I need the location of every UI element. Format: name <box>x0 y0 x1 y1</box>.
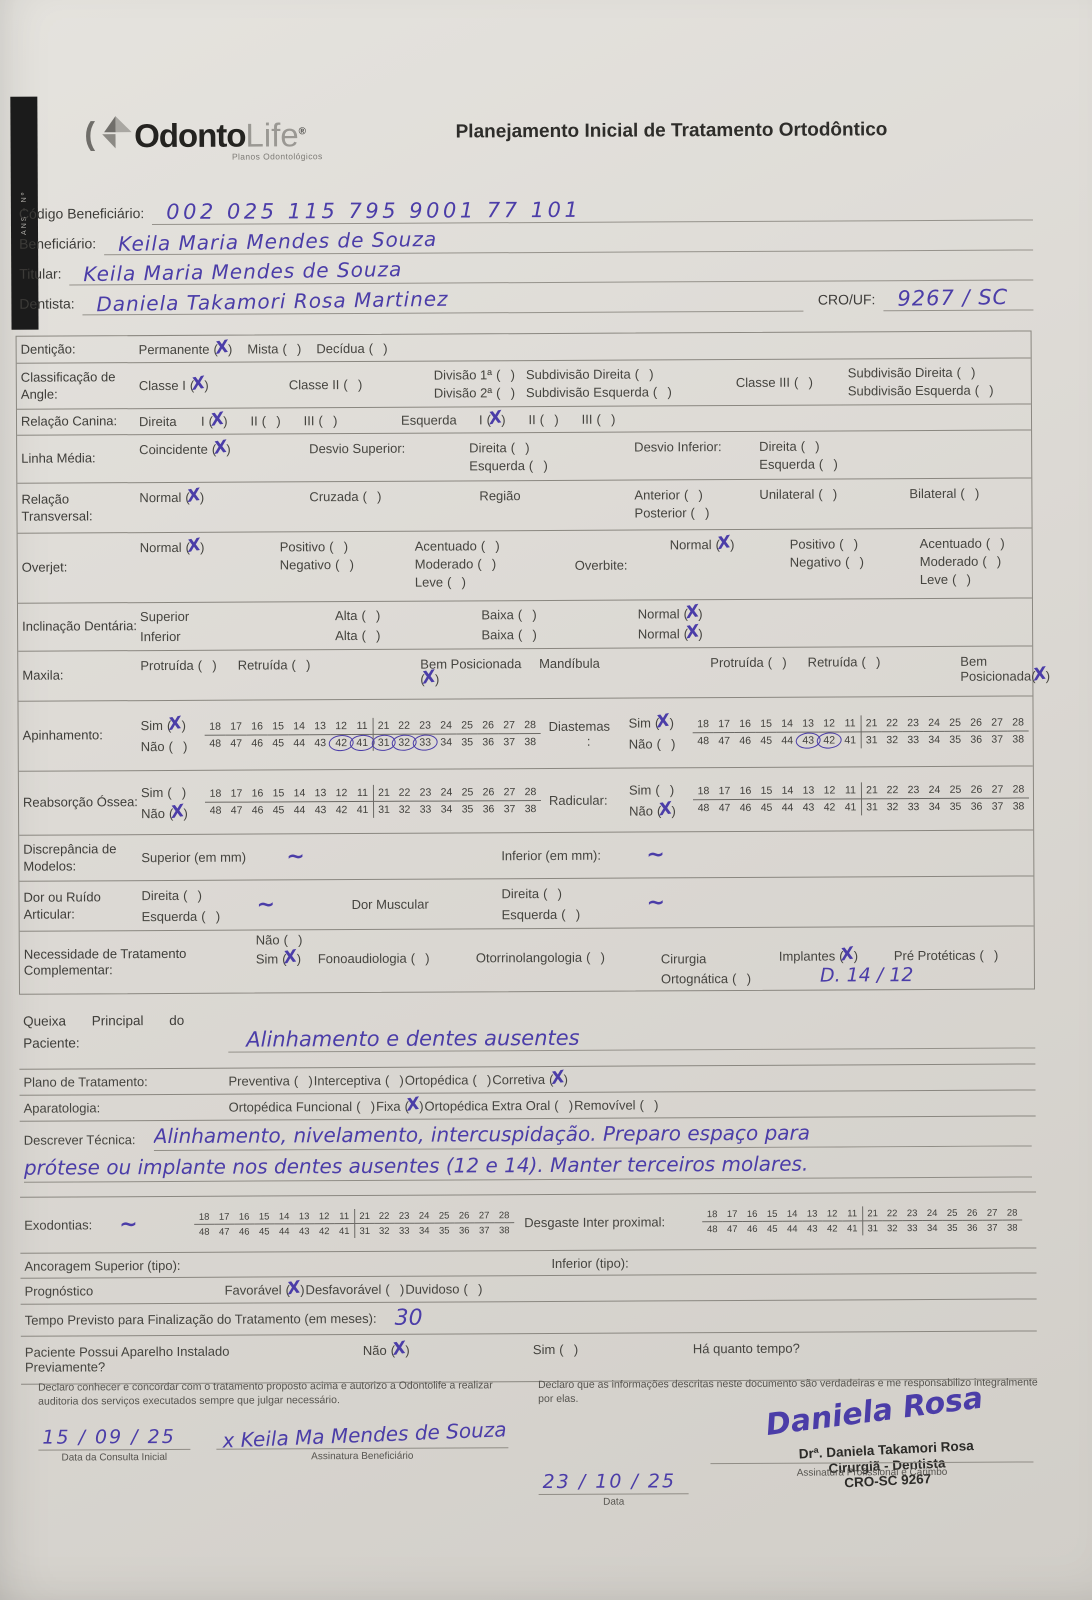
checkbox-mark: ( ) <box>167 784 187 799</box>
necessidade-fono: Fonoaudiologia( ) <box>318 950 476 966</box>
tooth-number: 12 <box>822 1206 842 1221</box>
data-label: Data <box>539 1497 689 1509</box>
tooth-number: 38 <box>520 734 541 750</box>
tooth-number: 16 <box>234 1210 254 1225</box>
tooth-number: 32 <box>374 1224 394 1238</box>
tooth-number: 22 <box>394 785 415 802</box>
tooth-number: 31 <box>354 1224 374 1238</box>
desvio-superior-label: Desvio Superior: <box>309 435 469 456</box>
checkbox-mark: ( ) <box>329 539 349 554</box>
option-label: Baixa <box>481 627 514 642</box>
checkbox-option: Sim( ) <box>141 784 187 799</box>
checkbox-option: Corretiva( ) <box>492 1072 569 1087</box>
checkbox-mark: ( ) <box>819 456 839 471</box>
tooth-number: 44 <box>782 1222 802 1236</box>
row-maxila-mandibula: Maxila: Protruída( )Retruída( ) Bem Posi… <box>18 645 1032 700</box>
exam-table: Dentição: Permanente( )Mista( )Decídua( … <box>16 330 1035 994</box>
data-consulta-block: 15 / 09 / 25 Data da Consulta Inicial <box>38 1426 190 1464</box>
option-label: Direita <box>141 887 179 902</box>
tooth-number: 48 <box>702 1222 722 1236</box>
checkbox-option: Moderado( ) <box>415 556 498 571</box>
option-label: Acentuado <box>415 538 477 553</box>
checkbox-mark: ( ) <box>262 413 282 428</box>
checkbox-option: Sim( ) <box>629 715 675 730</box>
tooth-number: 33 <box>415 802 436 818</box>
tooth-number: 21 <box>373 785 394 802</box>
plan-table: Plano de Tratamento: Preventiva( )Interc… <box>19 1063 1037 1384</box>
cro-line: 9267 / SC <box>883 283 1033 311</box>
tooth-number: 45 <box>268 735 289 751</box>
queixa-line: Alinhamento e dentes ausentes <box>228 1009 1035 1053</box>
regiao-opts: Anterior( )Posterior( ) <box>634 487 759 521</box>
tooth-number: 48 <box>205 736 226 752</box>
checkbox-option: Negativo( ) <box>280 557 355 572</box>
scanned-form: ANS - Nº ( OdontoLife® Planos Odontológi… <box>0 0 1092 1600</box>
option-label: Desfavorável <box>305 1282 381 1297</box>
angle-classe1: Classe I( ) <box>139 377 289 393</box>
tooth-number: 34 <box>924 732 945 748</box>
tooth-number: 17 <box>714 783 735 800</box>
logo-pinwheel-icon <box>96 112 134 152</box>
checkbox-mark: ( ) <box>201 908 221 923</box>
checkbox-mark: ( ) <box>363 489 383 504</box>
checkbox-mark: ( ) <box>198 658 218 673</box>
tooth-number: 15 <box>268 718 289 735</box>
checkbox-option: Direita( ) <box>469 440 531 455</box>
option-label: Esquerda <box>142 908 198 923</box>
footer: Declaro conhecer e concordar com o trata… <box>38 1375 1047 1511</box>
tooth-number: 12 <box>819 715 840 732</box>
tooth-number: 26 <box>454 1208 474 1223</box>
tooth-number: 37 <box>474 1223 494 1237</box>
tooth-number: 18 <box>205 719 226 736</box>
tooth-number: 35 <box>945 799 966 815</box>
option-label: Normal <box>140 540 182 555</box>
checkbox-option: Normal( ) <box>139 490 205 505</box>
reabsorcao-label: Reabsorção Óssea: <box>23 794 141 811</box>
titular-value: Keila Maria Mendes de Souza <box>83 257 402 286</box>
checkbox-mark: ( ) <box>657 803 677 818</box>
tooth-number: 36 <box>966 732 987 748</box>
tooth-number: 17 <box>722 1207 742 1222</box>
discrepancia-superior-value: ~ <box>286 851 501 862</box>
overjet-grau: Acentuado( )Moderado( )Leve( ) <box>415 538 575 590</box>
tooth-number: 48 <box>693 800 714 816</box>
data-consulta-label: Data da Consulta Inicial <box>38 1452 190 1464</box>
inclinacao-superior-label: Superior <box>140 608 335 624</box>
option-label: Moderado <box>415 556 474 571</box>
checkbox-mark: ( ) <box>957 365 977 380</box>
checkbox-mark: ( ) <box>487 412 507 427</box>
row-dor-articular: Dor ou Ruído Articular: Direita( )Esquer… <box>19 875 1033 930</box>
checkbox-mark: ( ) <box>559 1342 579 1357</box>
option-label: Divisão 1ª <box>434 367 492 382</box>
checkbox-mark: ( ) <box>768 655 788 670</box>
tooth-number: 25 <box>942 1206 962 1221</box>
beneficiario-label: Beneficiário: <box>19 235 96 255</box>
checkbox-mark: ( ) <box>282 341 302 356</box>
assinatura-beneficiario-block: x Keila Ma Mendes de Souza Assinatura Be… <box>216 1423 508 1464</box>
aparatologia-label: Aparatologia: <box>24 1100 229 1116</box>
checkbox-mark: ( ) <box>540 412 560 427</box>
codigo-line: 002 025 115 795 9001 77 101 <box>152 193 1033 225</box>
maxila-opts: Protruída( )Retruída( ) <box>140 657 420 673</box>
checkbox-option: Subdivisão Esquerda( ) <box>848 383 995 399</box>
checkbox-mark: ( ) <box>635 366 655 381</box>
checkbox-mark: ( ) <box>657 736 677 751</box>
checkbox-mark: ( ) <box>362 628 382 643</box>
option-label: I <box>201 414 205 429</box>
checkbox-mark: ( ) <box>960 486 980 501</box>
tooth-number: 18 <box>205 786 226 803</box>
checkbox-option: Divisão 2ª( ) <box>434 385 516 400</box>
implantes-note: D. 14 / 12 <box>820 964 914 986</box>
option-label: Classe II <box>289 377 340 392</box>
checkbox-option: Baixa( ) <box>481 607 537 622</box>
tooth-number: 26 <box>966 782 987 799</box>
tooth-number: 28 <box>494 1208 514 1223</box>
option-label: III <box>582 412 593 427</box>
tooth-number: 18 <box>693 716 714 733</box>
checkbox-mark: ( ) <box>986 536 1006 551</box>
row-reabsorcao-radicular: Reabsorção Óssea: Sim( )Não( ) 181716151… <box>19 765 1033 834</box>
checkbox-option: Sim( ) <box>141 717 187 732</box>
overbite-normal: Normal( ) <box>670 537 790 553</box>
tooth-number: 22 <box>394 718 415 735</box>
option-label: Decídua <box>316 340 364 355</box>
checkbox-mark: ( ) <box>839 948 859 963</box>
checkbox-option: Subdivisão Esquerda( ) <box>526 384 673 400</box>
diastemas-label-cell: Diastemas : <box>549 718 629 748</box>
checkbox-option: Sim( ) <box>533 1342 579 1357</box>
radicular-sim-nao: Sim( )Não( ) <box>629 782 693 818</box>
option-label: Fonoaudiologia <box>318 951 407 966</box>
tooth-number: 17 <box>214 1210 234 1225</box>
tooth-number: 47 <box>226 736 247 752</box>
option-label: Mista <box>247 341 278 356</box>
row-apinhamento-diastemas: Apinhamento: Sim( )Não( ) 18171615141312… <box>18 695 1032 770</box>
tooth-number: 35 <box>457 734 478 750</box>
prognostico-label: Prognóstico <box>25 1283 225 1299</box>
checkbox-option: Alta( ) <box>335 628 381 643</box>
tooth-number: 26 <box>966 715 987 732</box>
titular-label: Titular: <box>19 266 61 286</box>
tooth-number: 36 <box>962 1221 982 1235</box>
option-label: Bilateral <box>909 486 956 501</box>
option-label: Sim <box>629 715 651 730</box>
data-value: 23 / 10 / 25 <box>543 1471 677 1494</box>
tooth-number: 26 <box>478 784 499 801</box>
aparelho-nao: Não( ) <box>363 1342 533 1358</box>
ancoragem-inferior-label: Inferior (tipo): <box>551 1255 628 1270</box>
tooth-number: 25 <box>434 1208 454 1223</box>
footer-right: Declaro que as informações descritas nes… <box>538 1375 1044 1508</box>
checkbox-mark: ( ) <box>411 951 431 966</box>
field-beneficiario: Beneficiário: Keila Maria Mendes de Souz… <box>19 223 1033 255</box>
option-label: Ortopédica <box>405 1072 469 1087</box>
checkbox-option: Não( ) <box>141 738 189 753</box>
tooth-number: 46 <box>735 800 756 816</box>
checkbox-mark: ( ) <box>212 442 232 457</box>
codigo-value: 002 025 115 795 9001 77 101 <box>166 198 581 224</box>
tooth-number: 24 <box>414 1209 434 1224</box>
maxila-bem-mark: ( ) <box>420 672 440 687</box>
tooth-number: 23 <box>902 1206 922 1221</box>
row-inclinacao: Inclinação Dentária: Superior Alta( )Bai… <box>18 597 1032 650</box>
tooth-number: 32 <box>394 802 415 818</box>
tooth-number: 44 <box>274 1224 294 1238</box>
inclinacao-superior-opts: Alta( )Baixa( )Normal( ) <box>335 606 704 623</box>
option-label: Normal <box>139 490 181 505</box>
tooth-number: 36 <box>478 734 499 750</box>
option-label: Moderado <box>920 554 979 569</box>
tooth-number: 11 <box>840 715 861 732</box>
tooth-number: 18 <box>194 1210 214 1225</box>
plano-label: Plano de Tratamento: <box>23 1074 228 1090</box>
tooth-chart-apinhamento: 18171615141312112122232425262728 4847464… <box>205 717 549 752</box>
row-overjet-overbite: Overjet: Normal( ) Positivo( )Negativo( … <box>18 527 1032 602</box>
checkbox-mark: ( ) <box>952 572 972 587</box>
tooth-number: 47 <box>226 803 247 819</box>
checkbox-mark: ( ) <box>209 414 229 429</box>
ha-quanto-tempo-label: Há quanto tempo? <box>693 1336 800 1357</box>
angle-classe2: Classe II( ) <box>289 377 434 393</box>
tooth-number: 42 <box>314 1224 334 1238</box>
regiao-label: Região <box>479 483 634 504</box>
tooth-number: 31 <box>861 799 882 815</box>
option-label: Não <box>629 736 653 751</box>
row-relacao-transversal: Relação Transversal: Normal( ) Cruzada( … <box>17 477 1031 532</box>
checkbox-option: Removível( ) <box>574 1097 659 1112</box>
tooth-number: 16 <box>735 783 756 800</box>
angle-subdiv3: Subdivisão Direita( )Subdivisão Esquerda… <box>848 365 995 399</box>
option-label: Corretiva <box>492 1072 545 1087</box>
checkbox-mark: ( ) <box>343 377 363 392</box>
row-tempo-previsto: Tempo Previsto para Finalização do Trata… <box>21 1298 1037 1335</box>
checkbox-mark: ( ) <box>294 1073 314 1088</box>
checkbox-option: Otorrinolangologia( ) <box>476 950 606 966</box>
option-label: Subdivisão Direita <box>526 367 631 383</box>
tooth-number: 15 <box>762 1207 782 1222</box>
row-exodontias: Exodontias: ~ 18171615141312112122232425… <box>20 1191 1036 1252</box>
tooth-number: 24 <box>436 784 457 801</box>
tooth-number: 27 <box>987 715 1008 732</box>
dentista-line: Daniela Takamori Rosa Martinez <box>83 285 804 316</box>
option-label: Positivo <box>790 536 836 551</box>
tooth-number: 23 <box>415 785 436 802</box>
option-label: Sim <box>629 782 651 797</box>
checkbox-option: Acentuado( ) <box>920 536 1006 551</box>
option-label: Esquerda <box>469 458 525 473</box>
checkbox-option: Subdivisão Direita( ) <box>526 366 655 382</box>
checkbox-mark: ( ) <box>385 1282 405 1297</box>
tooth-number: 27 <box>987 782 1008 799</box>
checkbox-option: Não( ) <box>141 805 189 820</box>
option-label: Sim <box>141 718 163 733</box>
data-consulta-value: 15 / 09 / 25 <box>42 1426 176 1449</box>
tooth-number: 23 <box>903 715 924 732</box>
tooth-number: 11 <box>352 718 373 735</box>
checkbox-option: Pré Protéticas( ) <box>894 948 1000 964</box>
desvio-inferior-opts: Direita( )Esquerda( ) <box>759 438 839 471</box>
tooth-number: 44 <box>777 800 798 816</box>
tooth-number: 24 <box>436 717 457 734</box>
checkbox-option: Não( ) <box>629 736 677 751</box>
checkbox-option: Coincidente( ) <box>139 442 232 457</box>
checkbox-option: I( ) <box>479 412 507 427</box>
apinhamento-sim-nao: Sim( )Não( ) <box>141 717 205 753</box>
tooth-number: 36 <box>454 1223 474 1237</box>
desgaste-label: Desgaste Inter proximal: <box>524 1214 702 1230</box>
tooth-number: 16 <box>247 718 268 735</box>
overjet-label: Overjet: <box>22 559 140 576</box>
tooth-number: 42 <box>822 1221 842 1235</box>
option-label: Retruída <box>808 654 858 669</box>
row-necessidade: Necessidade de Tratamento Complementar: … <box>20 925 1034 993</box>
assinatura-beneficiario-label: Assinatura Beneficiário <box>216 1451 508 1464</box>
checkbox-mark: ( ) <box>335 557 355 572</box>
checkbox-mark: ( ) <box>979 948 999 963</box>
checkbox-mark: ( ) <box>586 950 606 965</box>
tooth-number: 26 <box>962 1206 982 1221</box>
tooth-number: 38 <box>1008 731 1029 747</box>
tooth-chart-radicular: 18171615141312112122232425262728 4847464… <box>693 781 1029 816</box>
ancoragem-superior-label: Ancoragem Superior (tipo): <box>24 1255 551 1273</box>
necessidade-implantes: Implantes( ) <box>779 948 894 964</box>
tooth-number: 43 <box>802 1222 822 1236</box>
tooth-number: 37 <box>499 734 520 750</box>
tooth-number: 31 <box>373 802 394 818</box>
tooth-number: 13 <box>798 783 819 800</box>
option-label: Alta <box>335 608 357 623</box>
checkbox-option: Esquerda( ) <box>502 906 582 921</box>
declaration-beneficiario: Declaro conhecer e concordar com o trata… <box>38 1378 508 1409</box>
beneficiario-line: Keila Maria Mendes de Souza <box>104 223 1033 255</box>
tooth-number: 33 <box>394 1224 414 1238</box>
transversal-unilateral: Unilateral( ) <box>759 486 909 502</box>
tooth-number: 16 <box>735 716 756 733</box>
row-descrever-tecnica: Descrever Técnica: Alinhamento, nivelame… <box>20 1115 1036 1196</box>
option-label: Removível <box>574 1098 635 1113</box>
checkbox-option: Fixa( ) <box>376 1099 425 1114</box>
tooth-number: 41 <box>840 799 861 815</box>
tooth-number: 21 <box>861 715 882 732</box>
checkbox-option: Esquerda( ) <box>142 908 222 923</box>
checkbox-mark: ( ) <box>861 654 881 669</box>
tooth-number: 12 <box>314 1209 334 1224</box>
checkbox-mark: ( ) <box>463 1281 483 1296</box>
tooth-number: 33 <box>903 732 924 748</box>
tooth-number: 15 <box>756 783 777 800</box>
logo-paren-icon: ( <box>84 112 95 154</box>
checkbox-option: Direita( ) <box>759 439 821 454</box>
dor-articular-mark: ~ <box>257 900 352 910</box>
dentista-value: Daniela Takamori Rosa Martinez <box>96 287 449 317</box>
checkbox-option: Leve( ) <box>415 574 467 589</box>
transversal-label: Relação Transversal: <box>21 491 139 524</box>
necessidade-sim: Sim( ) <box>256 951 318 966</box>
tooth-number: 48 <box>194 1225 214 1239</box>
option-label: Subdivisão Direita <box>848 365 953 381</box>
transversal-cruzada: Cruzada( ) <box>309 488 479 504</box>
tooth-number: 44 <box>777 733 798 749</box>
necessidade-nao: Não( ) <box>256 928 1030 947</box>
tooth-number: 14 <box>274 1209 294 1224</box>
queixa-label: Queixa Principal do Paciente: <box>23 1010 228 1054</box>
checkbox-option: Mista( ) <box>247 341 302 356</box>
prognostico-opts: Favorável( )Desfavorável( )Duvidoso( ) <box>225 1281 484 1297</box>
overbite-label: Overbite: <box>575 557 670 572</box>
checkbox-mark: ( ) <box>511 440 531 455</box>
option-label: Esquerda <box>759 457 815 472</box>
checkbox-mark: ( ) <box>655 782 675 797</box>
option-label: Subdivisão Esquerda <box>526 384 649 400</box>
canina-direita-label: Direita <box>139 414 201 429</box>
identification-block: Código Beneficiário: 002 025 115 795 900… <box>19 193 1034 318</box>
tooth-number: 38 <box>520 801 541 817</box>
exodontias-label: Exodontias: <box>24 1217 119 1232</box>
checkbox-mark: ( ) <box>554 1098 574 1113</box>
mandibula-bem-line2: Posicionada <box>960 668 1031 683</box>
cro-value: 9267 / SC <box>897 285 1008 311</box>
checkbox-option: Normal( ) <box>638 606 704 621</box>
checkbox-option: Subdivisão Direita( ) <box>848 365 977 381</box>
option-label: Cirurgia Ortognática <box>661 951 728 986</box>
tooth-number: 33 <box>903 799 924 815</box>
checkbox-mark: ( ) <box>653 384 673 399</box>
maxila-bem-label: Bem Posicionada <box>420 656 521 672</box>
tooth-number: 32 <box>882 732 903 748</box>
checkbox-mark: ( ) <box>186 540 206 555</box>
option-label: Não <box>629 803 653 818</box>
option-label: Leve <box>415 575 443 590</box>
queixa-principal: Queixa Principal do Paciente: Alinhament… <box>23 1005 1035 1053</box>
checkbox-mark: ( ) <box>282 951 302 966</box>
tooth-number: 33 <box>415 735 436 751</box>
checkbox-option: Normal( ) <box>638 626 704 641</box>
checkbox-mark: ( ) <box>529 458 549 473</box>
tooth-number: 45 <box>254 1224 274 1238</box>
dor-muscular-mark: ~ <box>647 898 665 908</box>
checkbox-option: Direita( ) <box>501 885 563 900</box>
tooth-number: 28 <box>520 784 541 801</box>
queixa-value: Alinhamento e dentes ausentes <box>246 1026 579 1052</box>
option-label: Protruída <box>140 658 194 673</box>
checkbox-mark: ( ) <box>291 657 311 672</box>
checkbox-mark: ( ) <box>405 1099 425 1114</box>
tooth-number: 25 <box>945 782 966 799</box>
option-label: Cruzada <box>309 489 358 504</box>
checkbox-option: Não( ) <box>363 1343 411 1358</box>
tecnica-line2: prótese ou implante nos dentes ausentes … <box>24 1150 1032 1182</box>
angle-divisao2: Divisão 2ª( )Subdivisão Esquerda( ) <box>434 384 736 401</box>
option-label: Favorável <box>225 1282 282 1297</box>
tooth-number: 24 <box>924 782 945 799</box>
tooth-number: 28 <box>1008 714 1029 731</box>
transversal-bilateral: Bilateral( ) <box>909 486 980 501</box>
option-label: Subdivisão Esquerda <box>848 383 971 399</box>
tooth-number: 37 <box>982 1221 1002 1235</box>
checkbox-mark: ( ) <box>286 1282 306 1297</box>
tooth-number: 14 <box>777 783 798 800</box>
option-label: Normal <box>670 537 712 552</box>
checkbox-mark: ( ) <box>975 383 995 398</box>
tooth-chart-diastemas: 18171615141312112122232425262728 4847464… <box>693 714 1029 749</box>
checkbox-mark: ( ) <box>318 413 338 428</box>
diastemas-colon: : <box>549 733 629 748</box>
assinatura-beneficiario-value: x Keila Ma Mendes de Souza <box>222 1418 507 1453</box>
checkbox-mark: ( ) <box>801 439 821 454</box>
